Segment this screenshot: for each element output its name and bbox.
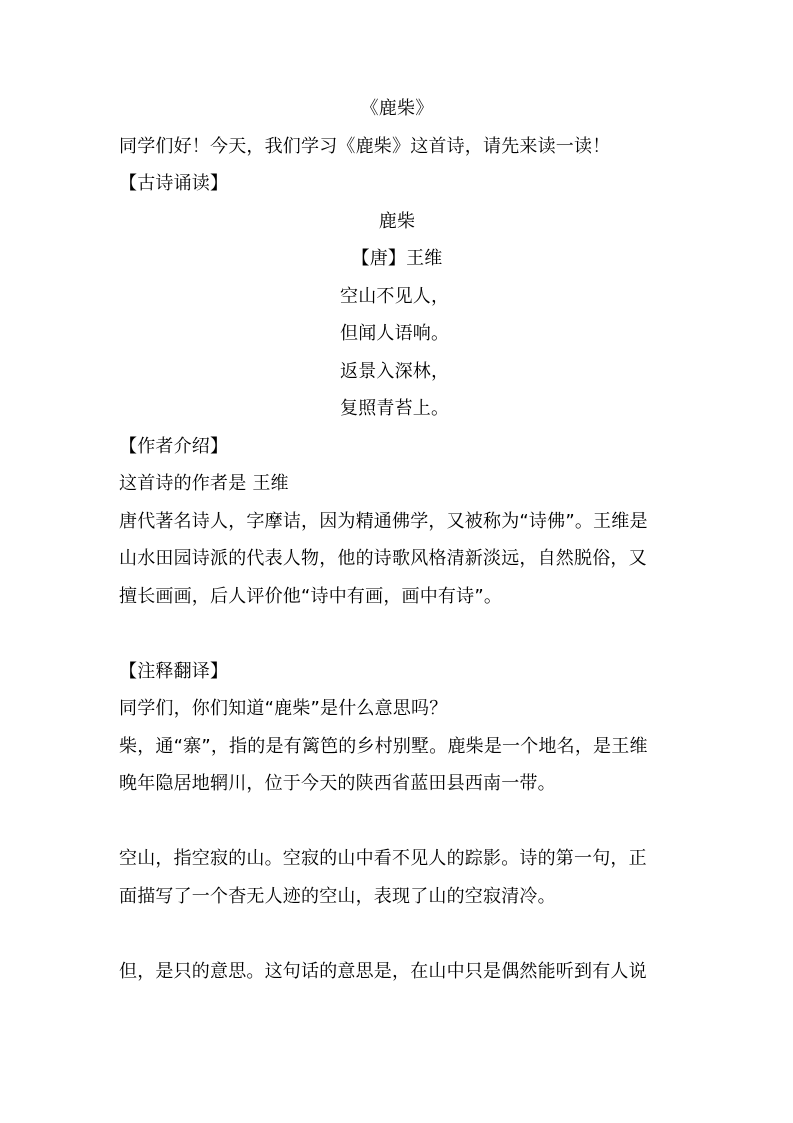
section-heading-recite: 【古诗诵读】 (119, 165, 675, 203)
poem-author: 【唐】王维 (119, 240, 675, 278)
poem-line: 空山不见人， (119, 278, 675, 316)
intro-text: 同学们好！今天，我们学习《鹿柴》这首诗，请先来读一读！ (119, 128, 675, 166)
blank-line (119, 915, 675, 953)
poem-title: 鹿柴 (119, 203, 675, 241)
author-text-line: 这首诗的作者是 王维 (119, 465, 675, 503)
poem-line: 复照青苔上。 (119, 390, 675, 428)
section-heading-notes: 【注释翻译】 (119, 653, 675, 691)
author-text-line: 山水田园诗派的代表人物，他的诗歌风格清新淡远，自然脱俗，又 (119, 540, 675, 578)
blank-line (119, 615, 675, 653)
notes-text-line: 柴，通“寨”，指的是有篱笆的乡村别墅。鹿柴是一个地名，是王维 (119, 728, 675, 766)
notes-paragraph-line: 空山，指空寂的山。空寂的山中看不见人的踪影。诗的第一句，正 (119, 840, 675, 878)
author-text-line: 擅长画画，后人评价他“诗中有画，画中有诗”。 (119, 578, 675, 616)
document-page: 《鹿柴》 同学们好！今天，我们学习《鹿柴》这首诗，请先来读一读！ 【古诗诵读】 … (119, 90, 675, 990)
notes-paragraph-line: 面描写了一个杳无人迹的空山，表现了山的空寂清冷。 (119, 878, 675, 916)
document-title: 《鹿柴》 (119, 90, 675, 128)
notes-paragraph-line: 但，是只的意思。这句话的意思是，在山中只是偶然能听到有人说 (119, 953, 675, 991)
author-text-line: 唐代著名诗人，字摩诘，因为精通佛学，又被称为“诗佛”。王维是 (119, 503, 675, 541)
notes-text-line: 同学们，你们知道“鹿柴”是什么意思吗？ (119, 690, 675, 728)
section-heading-author: 【作者介绍】 (119, 428, 675, 466)
blank-line (119, 803, 675, 841)
poem-line: 但闻人语响。 (119, 315, 675, 353)
poem-line: 返景入深林， (119, 353, 675, 391)
notes-text-line: 晚年隐居地辋川，位于今天的陕西省蓝田县西南一带。 (119, 765, 675, 803)
